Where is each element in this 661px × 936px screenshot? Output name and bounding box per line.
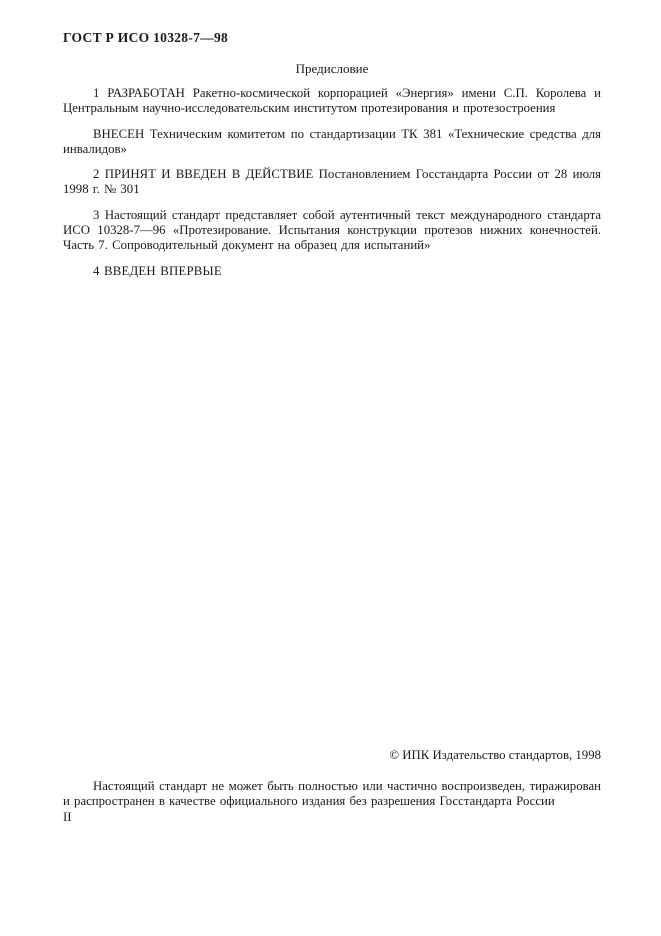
page-number: II — [63, 810, 72, 825]
document-page: ГОСТ Р ИСО 10328-7—98 Предисловие 1 РАЗР… — [0, 0, 661, 936]
document-content: ГОСТ Р ИСО 10328-7—98 Предисловие 1 РАЗР… — [63, 30, 601, 279]
paragraph-developed-by: 1 РАЗРАБОТАН Ракетно-космической корпора… — [63, 86, 601, 117]
copyright-line: © ИПК Издательство стандартов, 1998 — [389, 748, 601, 763]
paragraph-first-introduced: 4 ВВЕДЕН ВПЕРВЫЕ — [63, 264, 601, 279]
foreword-title: Предисловие — [63, 61, 601, 76]
reproduction-restriction-paragraph: Настоящий стандарт не может быть полност… — [63, 779, 601, 810]
paragraph-authentic-text: 3 Настоящий стандарт представляет собой … — [63, 208, 601, 254]
paragraph-submitted-by: ВНЕСЕН Техническим комитетом по стандарт… — [63, 127, 601, 158]
standard-code-header: ГОСТ Р ИСО 10328-7—98 — [63, 30, 601, 46]
paragraph-adopted: 2 ПРИНЯТ И ВВЕДЕН В ДЕЙСТВИЕ Постановлен… — [63, 167, 601, 198]
